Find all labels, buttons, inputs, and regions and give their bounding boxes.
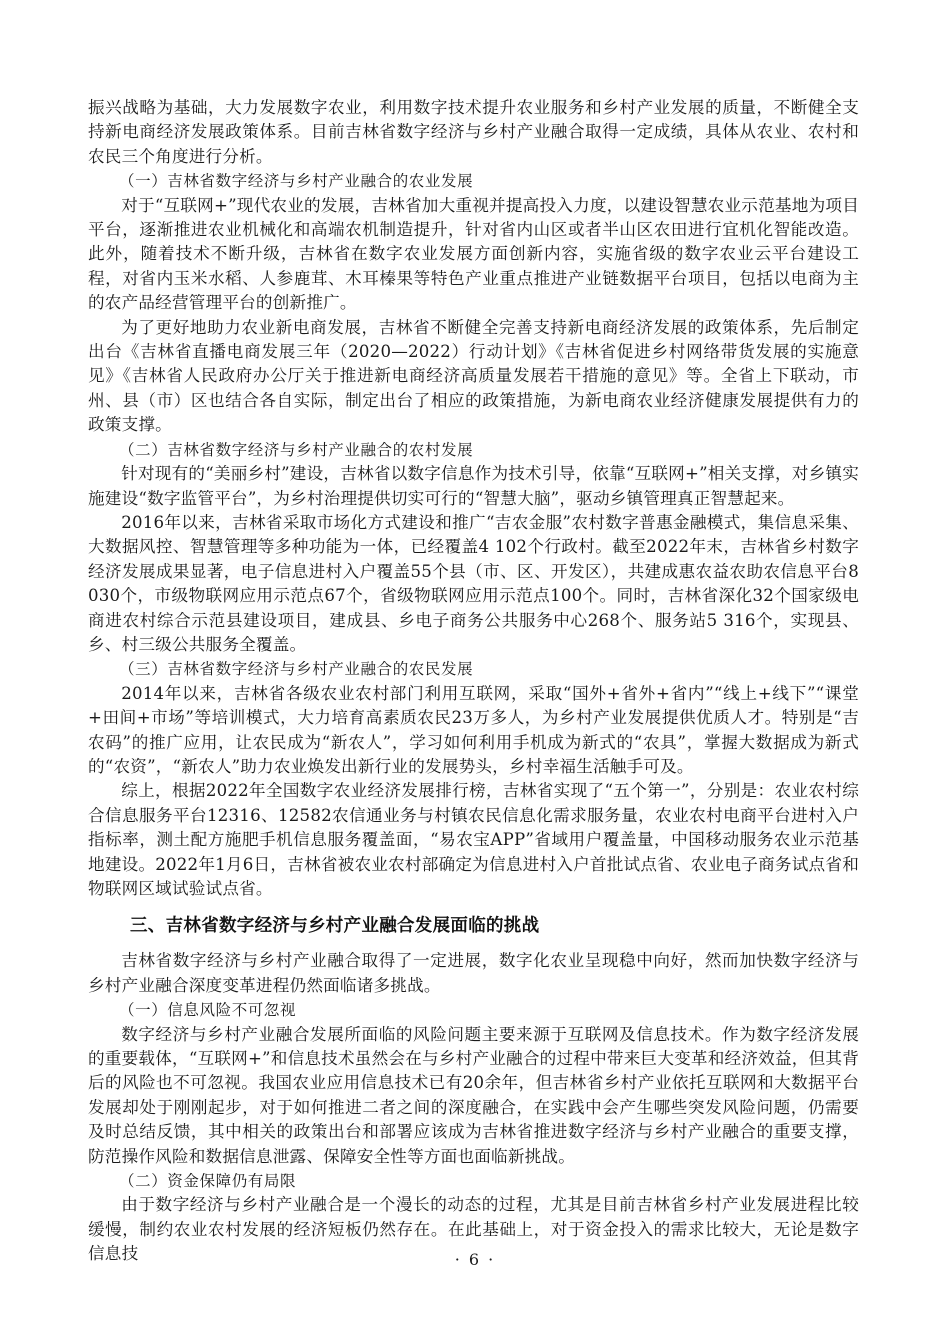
continuation-paragraph: 振兴战略为基础，大力发展数字农业，利用数字技术提升农业服务和乡村产业发展的质量，… xyxy=(88,96,859,169)
subheading-agriculture: （一）吉林省数字经济与乡村产业融合的农业发展 xyxy=(88,169,859,193)
document-page: 振兴战略为基础，大力发展数字农业，利用数字技术提升农业服务和乡村产业发展的质量，… xyxy=(88,96,859,1267)
subheading-information-risk: （一）信息风险不可忽视 xyxy=(88,998,859,1022)
section-title-challenges: 三、吉林省数字经济与乡村产业融合发展面临的挑战 xyxy=(88,913,859,939)
paragraph-farmer-training: 2014年以来，吉林省各级农业农村部门利用互联网，采取“国外+省外+省内”“线上… xyxy=(88,682,859,780)
paragraph-internet-plus-agriculture: 对于“互联网+”现代农业的发展，吉林省加大重视并提高投入力度，以建设智慧农业示范… xyxy=(88,194,859,316)
paragraph-five-firsts: 综上，根据2022年全国数字农业经济发展排行榜，吉林省实现了“五个第一”，分别是… xyxy=(88,779,859,901)
subheading-farmers: （三）吉林省数字经济与乡村产业融合的农民发展 xyxy=(88,657,859,681)
paragraph-challenges-intro: 吉林省数字经济与乡村产业融合取得了一定进展，数字化农业呈现稳中向好，然而加快数字… xyxy=(88,949,859,998)
subheading-rural: （二）吉林省数字经济与乡村产业融合的农村发展 xyxy=(88,438,859,462)
paragraph-information-risk: 数字经济与乡村产业融合发展所面临的风险问题主要来源于互联网及信息技术。作为数字经… xyxy=(88,1023,859,1169)
subheading-funding: （二）资金保障仍有局限 xyxy=(88,1169,859,1193)
paragraph-beautiful-village: 针对现有的“美丽乡村”建设，吉林省以数字信息作为技术引导，依靠“互联网+”相关支… xyxy=(88,462,859,511)
paragraph-jinong-finance: 2016年以来，吉林省采取市场化方式建设和推广“吉农金服”农村数字普惠金融模式，… xyxy=(88,511,859,657)
page-number: · 6 · xyxy=(0,1250,950,1269)
paragraph-ecommerce-policy: 为了更好地助力农业新电商发展，吉林省不断健全完善支持新电商经济发展的政策体系，先… xyxy=(88,316,859,438)
